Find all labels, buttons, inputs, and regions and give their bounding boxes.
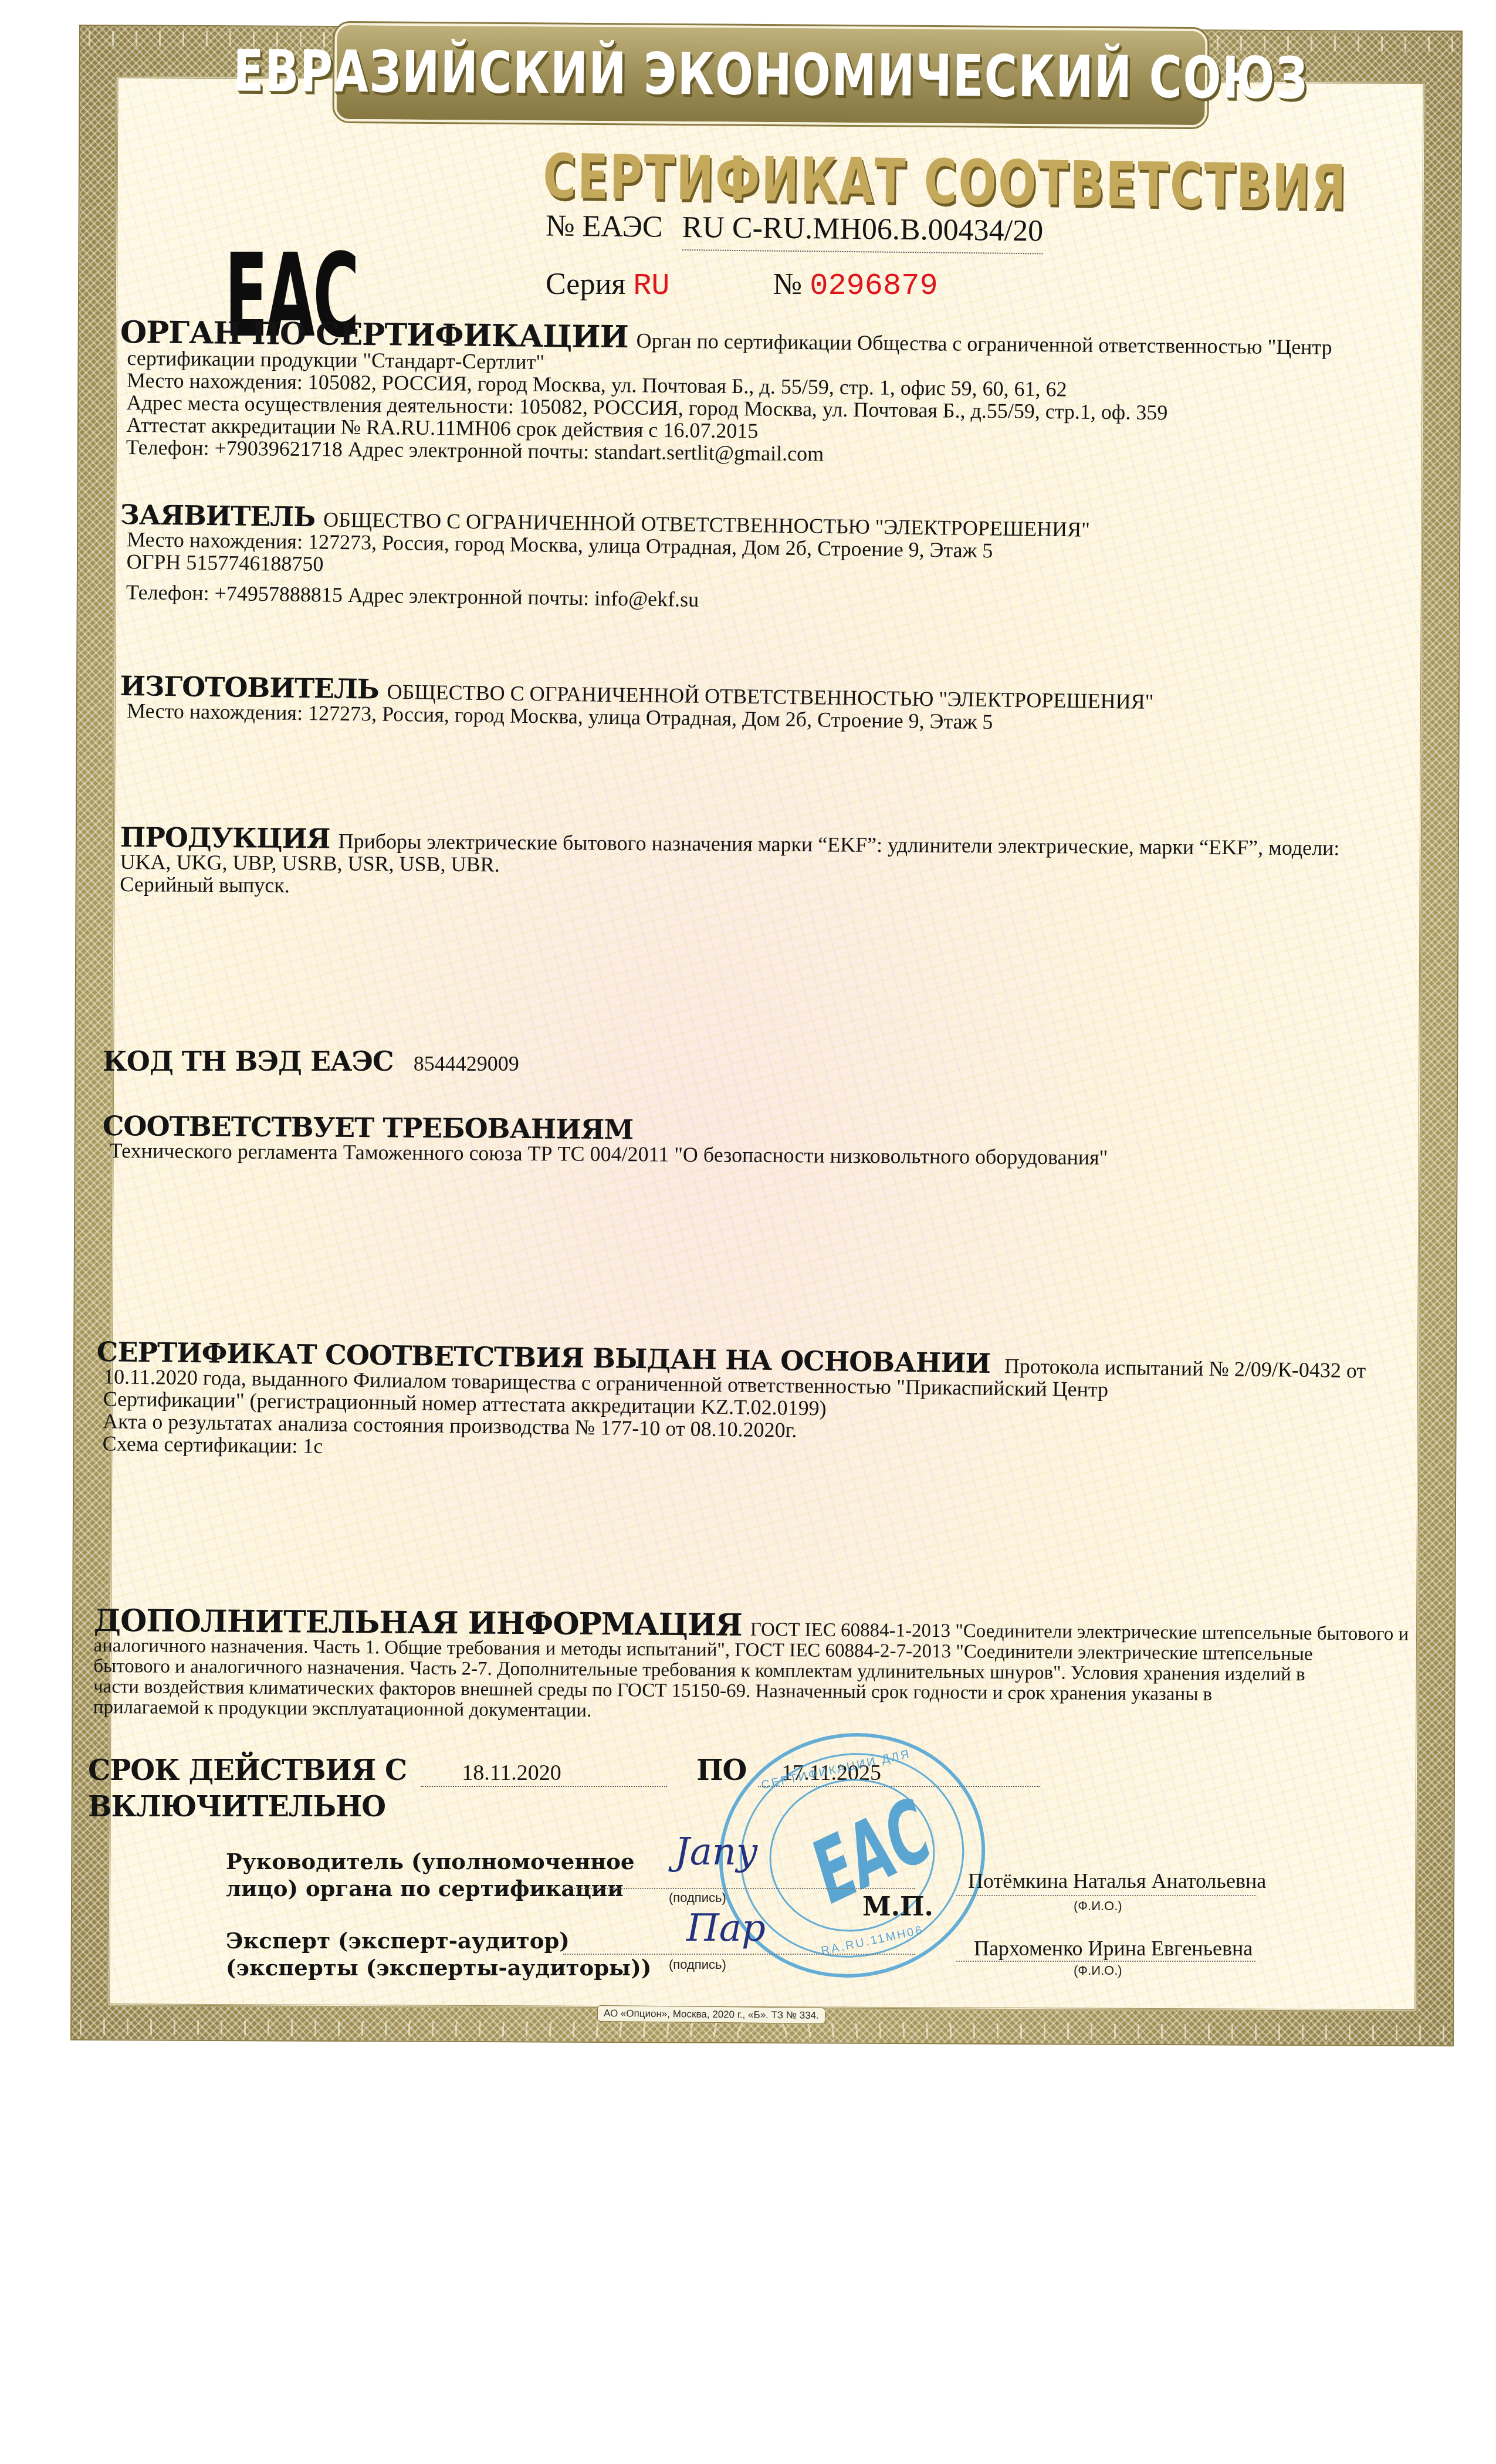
head-name-line [956, 1895, 1255, 1896]
expert-label-line: (эксперты (эксперты-аудиторы)) [226, 1954, 651, 1981]
head-name: Потёмкина Наталья Анатольевна [968, 1869, 1266, 1893]
union-title: ЕВРАЗИЙСКИЙ ЭКОНОМИЧЕСКИЙ СОЮЗ [233, 38, 1308, 113]
expert-name-caption: (Ф.И.О.) [1074, 1963, 1122, 1978]
product-section: ПРОДУКЦИЯПриборы электрические бытового … [120, 826, 1370, 904]
head-label: Руководитель (уполномоченное лицо) орган… [226, 1848, 635, 1902]
product-heading: ПРОДУКЦИЯ [120, 821, 330, 854]
union-banner: ЕВРАЗИЙСКИЙ ЭКОНОМИЧЕСКИЙ СОЮЗ [334, 23, 1207, 127]
registration-number: № ЕАЭС RU C-RU.МН06.В.00434/20 [546, 209, 1044, 255]
validity-inclusive: ВКЛЮЧИТЕЛЬНО [88, 1791, 385, 1823]
certificate-title: СЕРТИФИКАТ СООТВЕТСТВИЯ [543, 140, 1030, 219]
expert-signature-line [563, 1954, 915, 1955]
expert-signature: Пар [686, 1907, 766, 1950]
seal-place-label: М.П. [862, 1892, 933, 1922]
certification-body-section: ОРГАН ПО СЕРТИФИКАЦИИОрган по сертификац… [119, 321, 1370, 470]
validity-from: 18.11.2020 [421, 1760, 667, 1787]
applicant-section: ЗАЯВИТЕЛЬОБЩЕСТВО С ОГРАНИЧЕННОЙ ОТВЕТСТ… [119, 503, 1370, 620]
hs-code-section: КОД ТН ВЭД ЕАЭС8544429009 [103, 1050, 1352, 1075]
basis-section: СЕРТИФИКАТ СООТВЕТСТВИЯ ВЫДАН НА ОСНОВАН… [95, 1341, 1346, 1471]
head-signature-line [563, 1888, 915, 1889]
hs-code-value: 8544429009 [414, 1052, 519, 1075]
head-signature: Jany [675, 1830, 757, 1874]
head-name-caption: (Ф.И.О.) [1074, 1898, 1122, 1914]
series-label: Серия [546, 268, 625, 301]
blank-number-label: № [773, 268, 803, 301]
expert-name: Пархоменко Ирина Евгеньевна [974, 1936, 1253, 1961]
blank-series: Серия RU № 0296879 [546, 267, 938, 303]
expert-name-line [956, 1961, 1255, 1962]
validity-to-label: ПО [696, 1754, 746, 1787]
registration-label: № ЕАЭС [546, 209, 663, 244]
series-value: RU [633, 269, 669, 303]
expert-label-line: Эксперт (эксперт-аудитор) [226, 1927, 651, 1954]
additional-info-section: ДОПОЛНИТЕЛЬНАЯ ИНФОРМАЦИЯГОСТ IEC 60884-… [93, 1610, 1343, 1727]
head-label-line: Руководитель (уполномоченное [226, 1848, 635, 1875]
registration-value: RU C-RU.МН06.В.00434/20 [682, 210, 1043, 254]
hs-code-heading: КОД ТН ВЭД ЕАЭС [103, 1045, 394, 1077]
expert-signature-caption: (подпись) [669, 1957, 726, 1972]
validity-heading: СРОК ДЕЙСТВИЯ С [88, 1754, 407, 1787]
printer-note: АО «Опцион», Москва, 2020 г., «Б». ТЗ № … [597, 2005, 825, 2024]
compliance-section: СООТВЕТСТВУЕТ ТРЕБОВАНИЯМ Технического р… [102, 1115, 1352, 1170]
blank-number-value: 0296879 [810, 269, 937, 303]
head-signature-caption: (подпись) [669, 1890, 726, 1905]
